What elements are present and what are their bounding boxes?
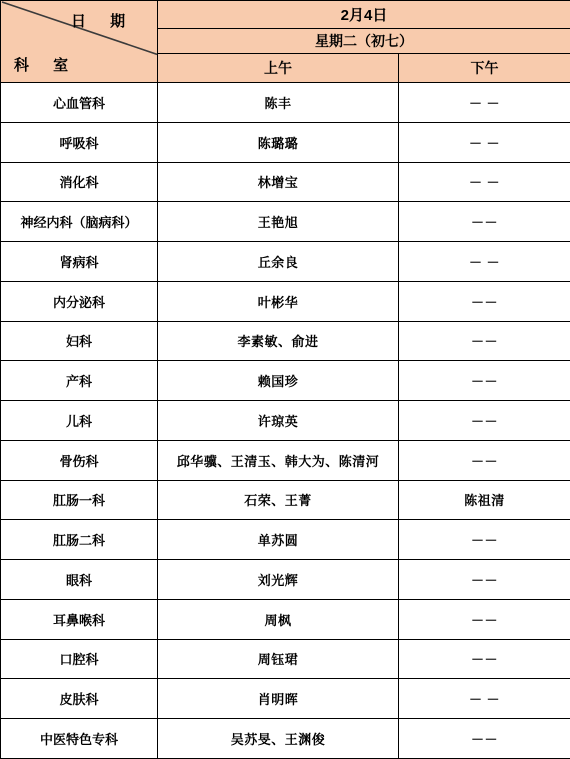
table-body: 心血管科 陈丰 － － 呼吸科 陈璐璐 － － 消化科 林增宝 － － 神经内科… bbox=[1, 83, 570, 759]
dept-cell: 肛肠二科 bbox=[1, 520, 158, 560]
afternoon-cell: －－ bbox=[399, 560, 570, 600]
afternoon-cell: －－ bbox=[399, 639, 570, 679]
afternoon-cell: －－ bbox=[399, 361, 570, 401]
dept-cell: 妇科 bbox=[1, 321, 158, 361]
morning-cell: 林增宝 bbox=[158, 162, 399, 202]
dept-cell: 中医特色专科 bbox=[1, 719, 158, 759]
dept-cell: 骨伤科 bbox=[1, 440, 158, 480]
morning-cell: 刘光辉 bbox=[158, 560, 399, 600]
dept-cell: 呼吸科 bbox=[1, 122, 158, 162]
afternoon-cell: －－ bbox=[399, 321, 570, 361]
table-row: 神经内科（脑病科） 王艳旭 －－ bbox=[1, 202, 570, 242]
morning-cell: 许琼英 bbox=[158, 401, 399, 441]
table-row: 肛肠一科 石荣、王菁 陈祖清 bbox=[1, 480, 570, 520]
afternoon-header-cell: 下午 bbox=[399, 54, 570, 83]
afternoon-cell: －－ bbox=[399, 401, 570, 441]
afternoon-cell: －－ bbox=[399, 281, 570, 321]
dept-cell: 神经内科（脑病科） bbox=[1, 202, 158, 242]
morning-cell: 叶彬华 bbox=[158, 281, 399, 321]
afternoon-cell: －－ bbox=[399, 719, 570, 759]
table-row: 消化科 林增宝 － － bbox=[1, 162, 570, 202]
table-row: 儿科 许琼英 －－ bbox=[1, 401, 570, 441]
table-row: 呼吸科 陈璐璐 － － bbox=[1, 122, 570, 162]
morning-cell: 周钰珺 bbox=[158, 639, 399, 679]
table-header: 日 期 科 室 2月4日 星期二（初七） 上午 下午 bbox=[1, 1, 570, 83]
morning-header-cell: 上午 bbox=[158, 54, 399, 83]
morning-cell: 陈丰 bbox=[158, 83, 399, 123]
date-header-cell: 2月4日 bbox=[158, 1, 570, 29]
dept-cell: 消化科 bbox=[1, 162, 158, 202]
morning-cell: 肖明晖 bbox=[158, 679, 399, 719]
dept-cell: 儿科 bbox=[1, 401, 158, 441]
dept-cell: 内分泌科 bbox=[1, 281, 158, 321]
afternoon-cell: 陈祖清 bbox=[399, 480, 570, 520]
table-row: 眼科 刘光辉 －－ bbox=[1, 560, 570, 600]
afternoon-cell: － － bbox=[399, 83, 570, 123]
afternoon-cell: － － bbox=[399, 679, 570, 719]
corner-dept-label: 科 室 bbox=[14, 54, 78, 75]
table-row: 内分泌科 叶彬华 －－ bbox=[1, 281, 570, 321]
afternoon-cell: －－ bbox=[399, 520, 570, 560]
morning-cell: 丘余良 bbox=[158, 242, 399, 282]
morning-cell: 赖国珍 bbox=[158, 361, 399, 401]
dept-cell: 耳鼻喉科 bbox=[1, 599, 158, 639]
table-row: 耳鼻喉科 周枫 －－ bbox=[1, 599, 570, 639]
duty-schedule-table: 日 期 科 室 2月4日 星期二（初七） 上午 下午 心血管科 陈丰 － － bbox=[0, 0, 570, 759]
morning-cell: 邱华骥、王清玉、韩大为、陈清河 bbox=[158, 440, 399, 480]
dept-cell: 肛肠一科 bbox=[1, 480, 158, 520]
morning-cell: 王艳旭 bbox=[158, 202, 399, 242]
table-row: 肾病科 丘余良 － － bbox=[1, 242, 570, 282]
dept-cell: 肾病科 bbox=[1, 242, 158, 282]
afternoon-cell: － － bbox=[399, 122, 570, 162]
morning-cell: 石荣、王菁 bbox=[158, 480, 399, 520]
table-row: 骨伤科 邱华骥、王清玉、韩大为、陈清河 －－ bbox=[1, 440, 570, 480]
dept-cell: 口腔科 bbox=[1, 639, 158, 679]
dept-cell: 眼科 bbox=[1, 560, 158, 600]
morning-cell: 吴苏旻、王渊俊 bbox=[158, 719, 399, 759]
table-row: 肛肠二科 单苏圆 －－ bbox=[1, 520, 570, 560]
morning-cell: 李素敏、俞进 bbox=[158, 321, 399, 361]
dept-cell: 产科 bbox=[1, 361, 158, 401]
afternoon-cell: － － bbox=[399, 162, 570, 202]
corner-date-label: 日 期 bbox=[71, 10, 135, 31]
dept-cell: 皮肤科 bbox=[1, 679, 158, 719]
morning-cell: 单苏圆 bbox=[158, 520, 399, 560]
afternoon-cell: － － bbox=[399, 242, 570, 282]
header-row-date: 日 期 科 室 2月4日 bbox=[1, 1, 570, 29]
afternoon-cell: －－ bbox=[399, 599, 570, 639]
weekday-header-cell: 星期二（初七） bbox=[158, 29, 570, 54]
table-row: 心血管科 陈丰 － － bbox=[1, 83, 570, 123]
table-row: 产科 赖国珍 －－ bbox=[1, 361, 570, 401]
table-row: 妇科 李素敏、俞进 －－ bbox=[1, 321, 570, 361]
afternoon-cell: －－ bbox=[399, 440, 570, 480]
table-row: 中医特色专科 吴苏旻、王渊俊 －－ bbox=[1, 719, 570, 759]
table-row: 口腔科 周钰珺 －－ bbox=[1, 639, 570, 679]
morning-cell: 周枫 bbox=[158, 599, 399, 639]
corner-wrap: 日 期 科 室 bbox=[1, 1, 157, 82]
afternoon-cell: －－ bbox=[399, 202, 570, 242]
table-row: 皮肤科 肖明晖 － － bbox=[1, 679, 570, 719]
corner-cell: 日 期 科 室 bbox=[1, 1, 158, 83]
morning-cell: 陈璐璐 bbox=[158, 122, 399, 162]
dept-cell: 心血管科 bbox=[1, 83, 158, 123]
schedule-page: 日 期 科 室 2月4日 星期二（初七） 上午 下午 心血管科 陈丰 － － bbox=[0, 0, 570, 759]
